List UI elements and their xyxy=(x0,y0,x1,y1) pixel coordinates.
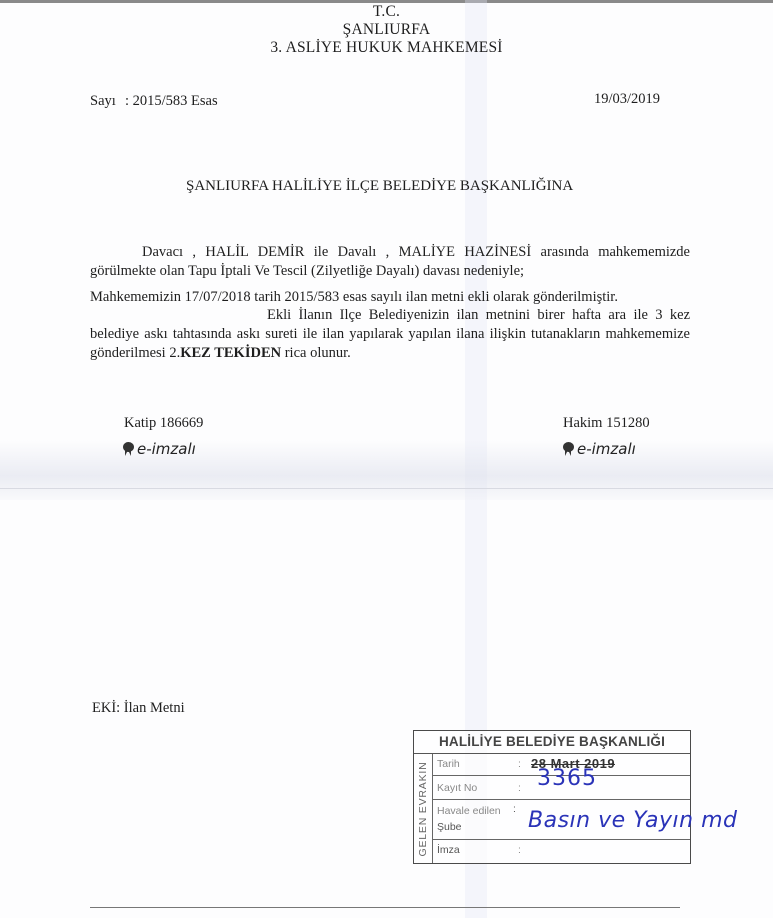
footer-rule xyxy=(90,907,680,908)
body-paragraph-2: Mahkememizin 17/07/2018 tarih 2015/583 e… xyxy=(90,288,690,307)
judge-esign: e-imzalı xyxy=(563,440,636,458)
reference-number: : 2015/583 Esas xyxy=(125,93,218,110)
clerk-esign: e-imzalı xyxy=(123,440,196,458)
header-city: ŞANLIURFA xyxy=(0,21,773,39)
stamp-branch-label: Havale edilenŞube xyxy=(437,803,501,835)
handwritten-branch: Basın ve Yayın md xyxy=(528,808,738,833)
stamp-colon: : xyxy=(518,782,521,794)
reference-label: Sayı xyxy=(90,93,116,110)
stamp-forwarded-label: Havale edilen xyxy=(437,805,501,817)
document-date: 19/03/2019 xyxy=(594,91,660,108)
handwritten-record-number: 3365 xyxy=(537,766,597,791)
stamp-colon: : xyxy=(518,844,521,856)
clerk-signature-title: Katip 186669 xyxy=(124,415,203,432)
recipient-title: ŞANLIURFA HALİLİYE İLÇE BELEDİYE BAŞKANL… xyxy=(186,178,573,195)
judge-esign-text: e-imzalı xyxy=(577,440,636,458)
seal-icon xyxy=(123,442,134,456)
emphasis-repeat-notice: KEZ TEKİDEN xyxy=(180,345,281,361)
attachment-note: EKİ: İlan Metni xyxy=(92,700,185,717)
stamp-sube-label: Şube xyxy=(437,821,462,833)
stamp-date-label: Tarih xyxy=(437,758,460,770)
stamp-title: HALİLİYE BELEDİYE BAŞKANLIĞI xyxy=(414,731,690,754)
body-paragraph-3: Ekli İlanın Ilçe Belediyenizin ilan metn… xyxy=(90,306,690,363)
body-paragraph-3-closing: rica olunur. xyxy=(281,345,351,361)
body-paragraph-1-text: Davacı , HALİL DEMİR ile Davalı , MALİYE… xyxy=(90,244,690,279)
stamp-side-label-text: GELEN EVRAKIN xyxy=(417,761,429,856)
header-tc: T.C. xyxy=(0,3,773,21)
judge-signature-title: Hakim 151280 xyxy=(563,415,650,432)
body-paragraph-1: Davacı , HALİL DEMİR ile Davalı , MALİYE… xyxy=(90,243,690,281)
clerk-esign-text: e-imzalı xyxy=(137,440,196,458)
stamp-record-label: Kayıt No xyxy=(437,782,477,794)
stamp-colon: : xyxy=(513,803,516,815)
stamp-row-signature: İmza : xyxy=(433,840,690,862)
body-paragraph-2-text: Mahkememizin 17/07/2018 tarih 2015/583 e… xyxy=(90,289,618,305)
stamp-colon: : xyxy=(518,758,521,770)
stamp-side-label: GELEN EVRAKIN xyxy=(414,754,433,863)
paper-fold-line xyxy=(0,488,773,489)
stamp-signature-label: İmza xyxy=(437,844,460,856)
paper-fold-shadow xyxy=(0,440,773,500)
incoming-document-stamp: HALİLİYE BELEDİYE BAŞKANLIĞI GELEN EVRAK… xyxy=(413,730,691,864)
header-court: 3. ASLİYE HUKUK MAHKEMESİ xyxy=(0,39,773,57)
seal-icon xyxy=(563,442,574,456)
